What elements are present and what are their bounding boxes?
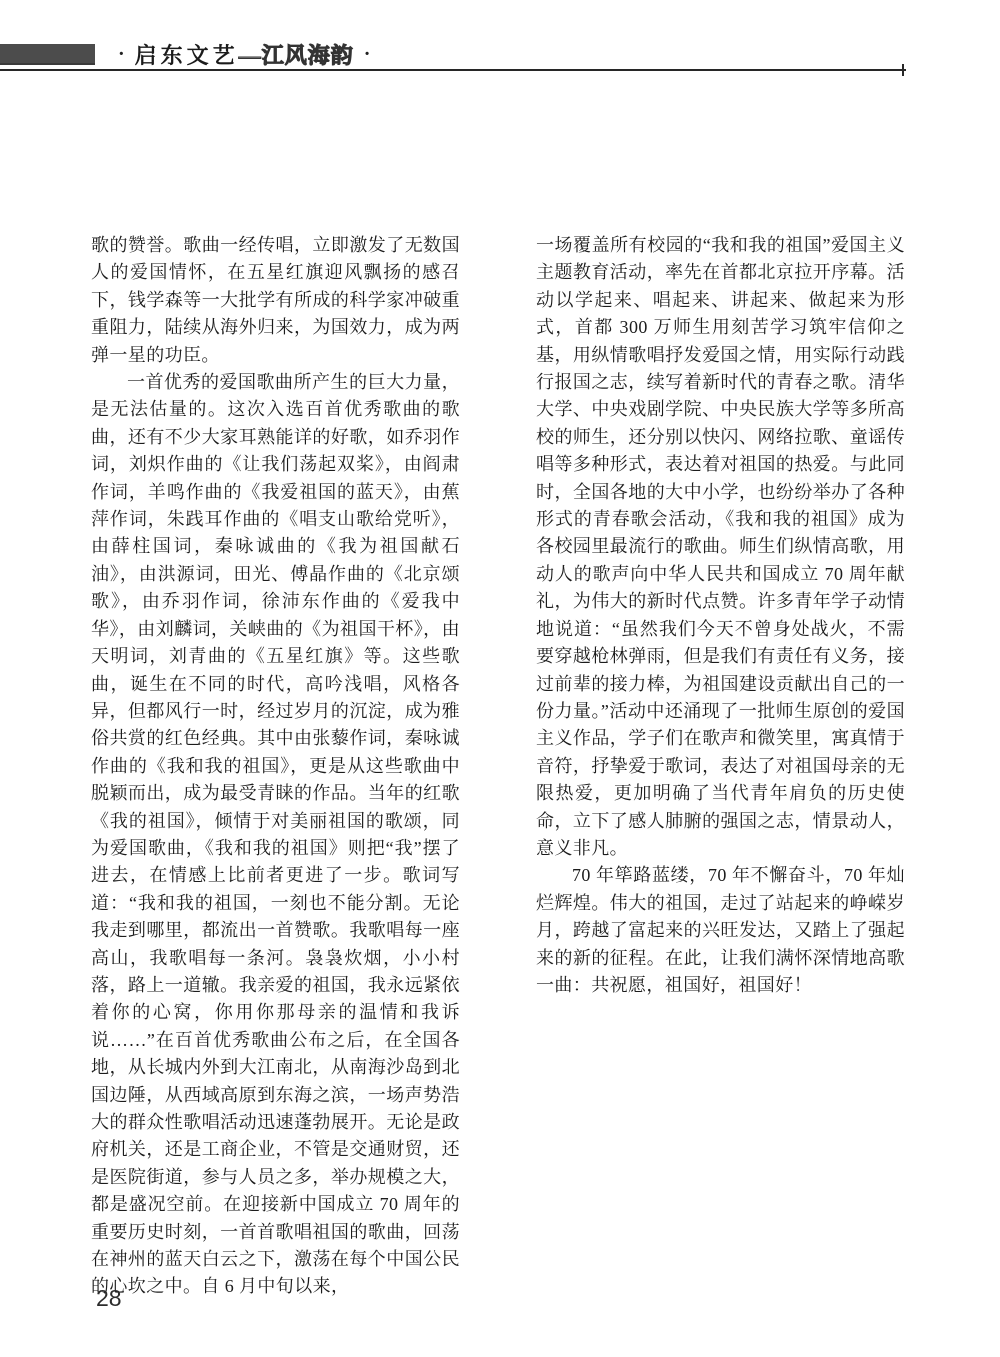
section-title: —江风海韵 (239, 39, 354, 70)
running-head: · 启东文艺 —江风海韵 · (108, 40, 380, 68)
page-number: 28 (96, 1285, 122, 1312)
right-column: 一场覆盖所有校园的“我和我的祖国”爱国主义主题教育活动，率先在首都北京拉开序幕。… (536, 232, 905, 1301)
header-rule-end-tick (902, 64, 904, 76)
header-rule (0, 69, 906, 71)
magazine-page: · 启东文艺 —江风海韵 · 歌的赞誉。歌曲一经传唱，立即激发了无数国人的爱国情… (0, 0, 1000, 1357)
paragraph: 一首优秀的爱国歌曲所产生的巨大力量，是无法估量的。这次入选百首优秀歌曲的歌曲，还… (91, 369, 460, 1301)
header-corner-block (0, 44, 95, 65)
article-body: 歌的赞誉。歌曲一经传唱，立即激发了无数国人的爱国情怀，在五星红旗迎风飘扬的感召下… (91, 232, 905, 1301)
paragraph: 歌的赞誉。歌曲一经传唱，立即激发了无数国人的爱国情怀，在五星红旗迎风飘扬的感召下… (91, 232, 460, 369)
paragraph: 一场覆盖所有校园的“我和我的祖国”爱国主义主题教育活动，率先在首都北京拉开序幕。… (536, 232, 905, 862)
magazine-title: 启东文艺 (135, 39, 239, 70)
bullet-dot-right: · (364, 43, 371, 66)
paragraph: 70 年筚路蓝缕，70 年不懈奋斗，70 年灿烂辉煌。伟大的祖国，走过了站起来的… (536, 862, 905, 999)
bullet-dot-left: · (118, 43, 125, 66)
left-column: 歌的赞誉。歌曲一经传唱，立即激发了无数国人的爱国情怀，在五星红旗迎风飘扬的感召下… (91, 232, 460, 1301)
